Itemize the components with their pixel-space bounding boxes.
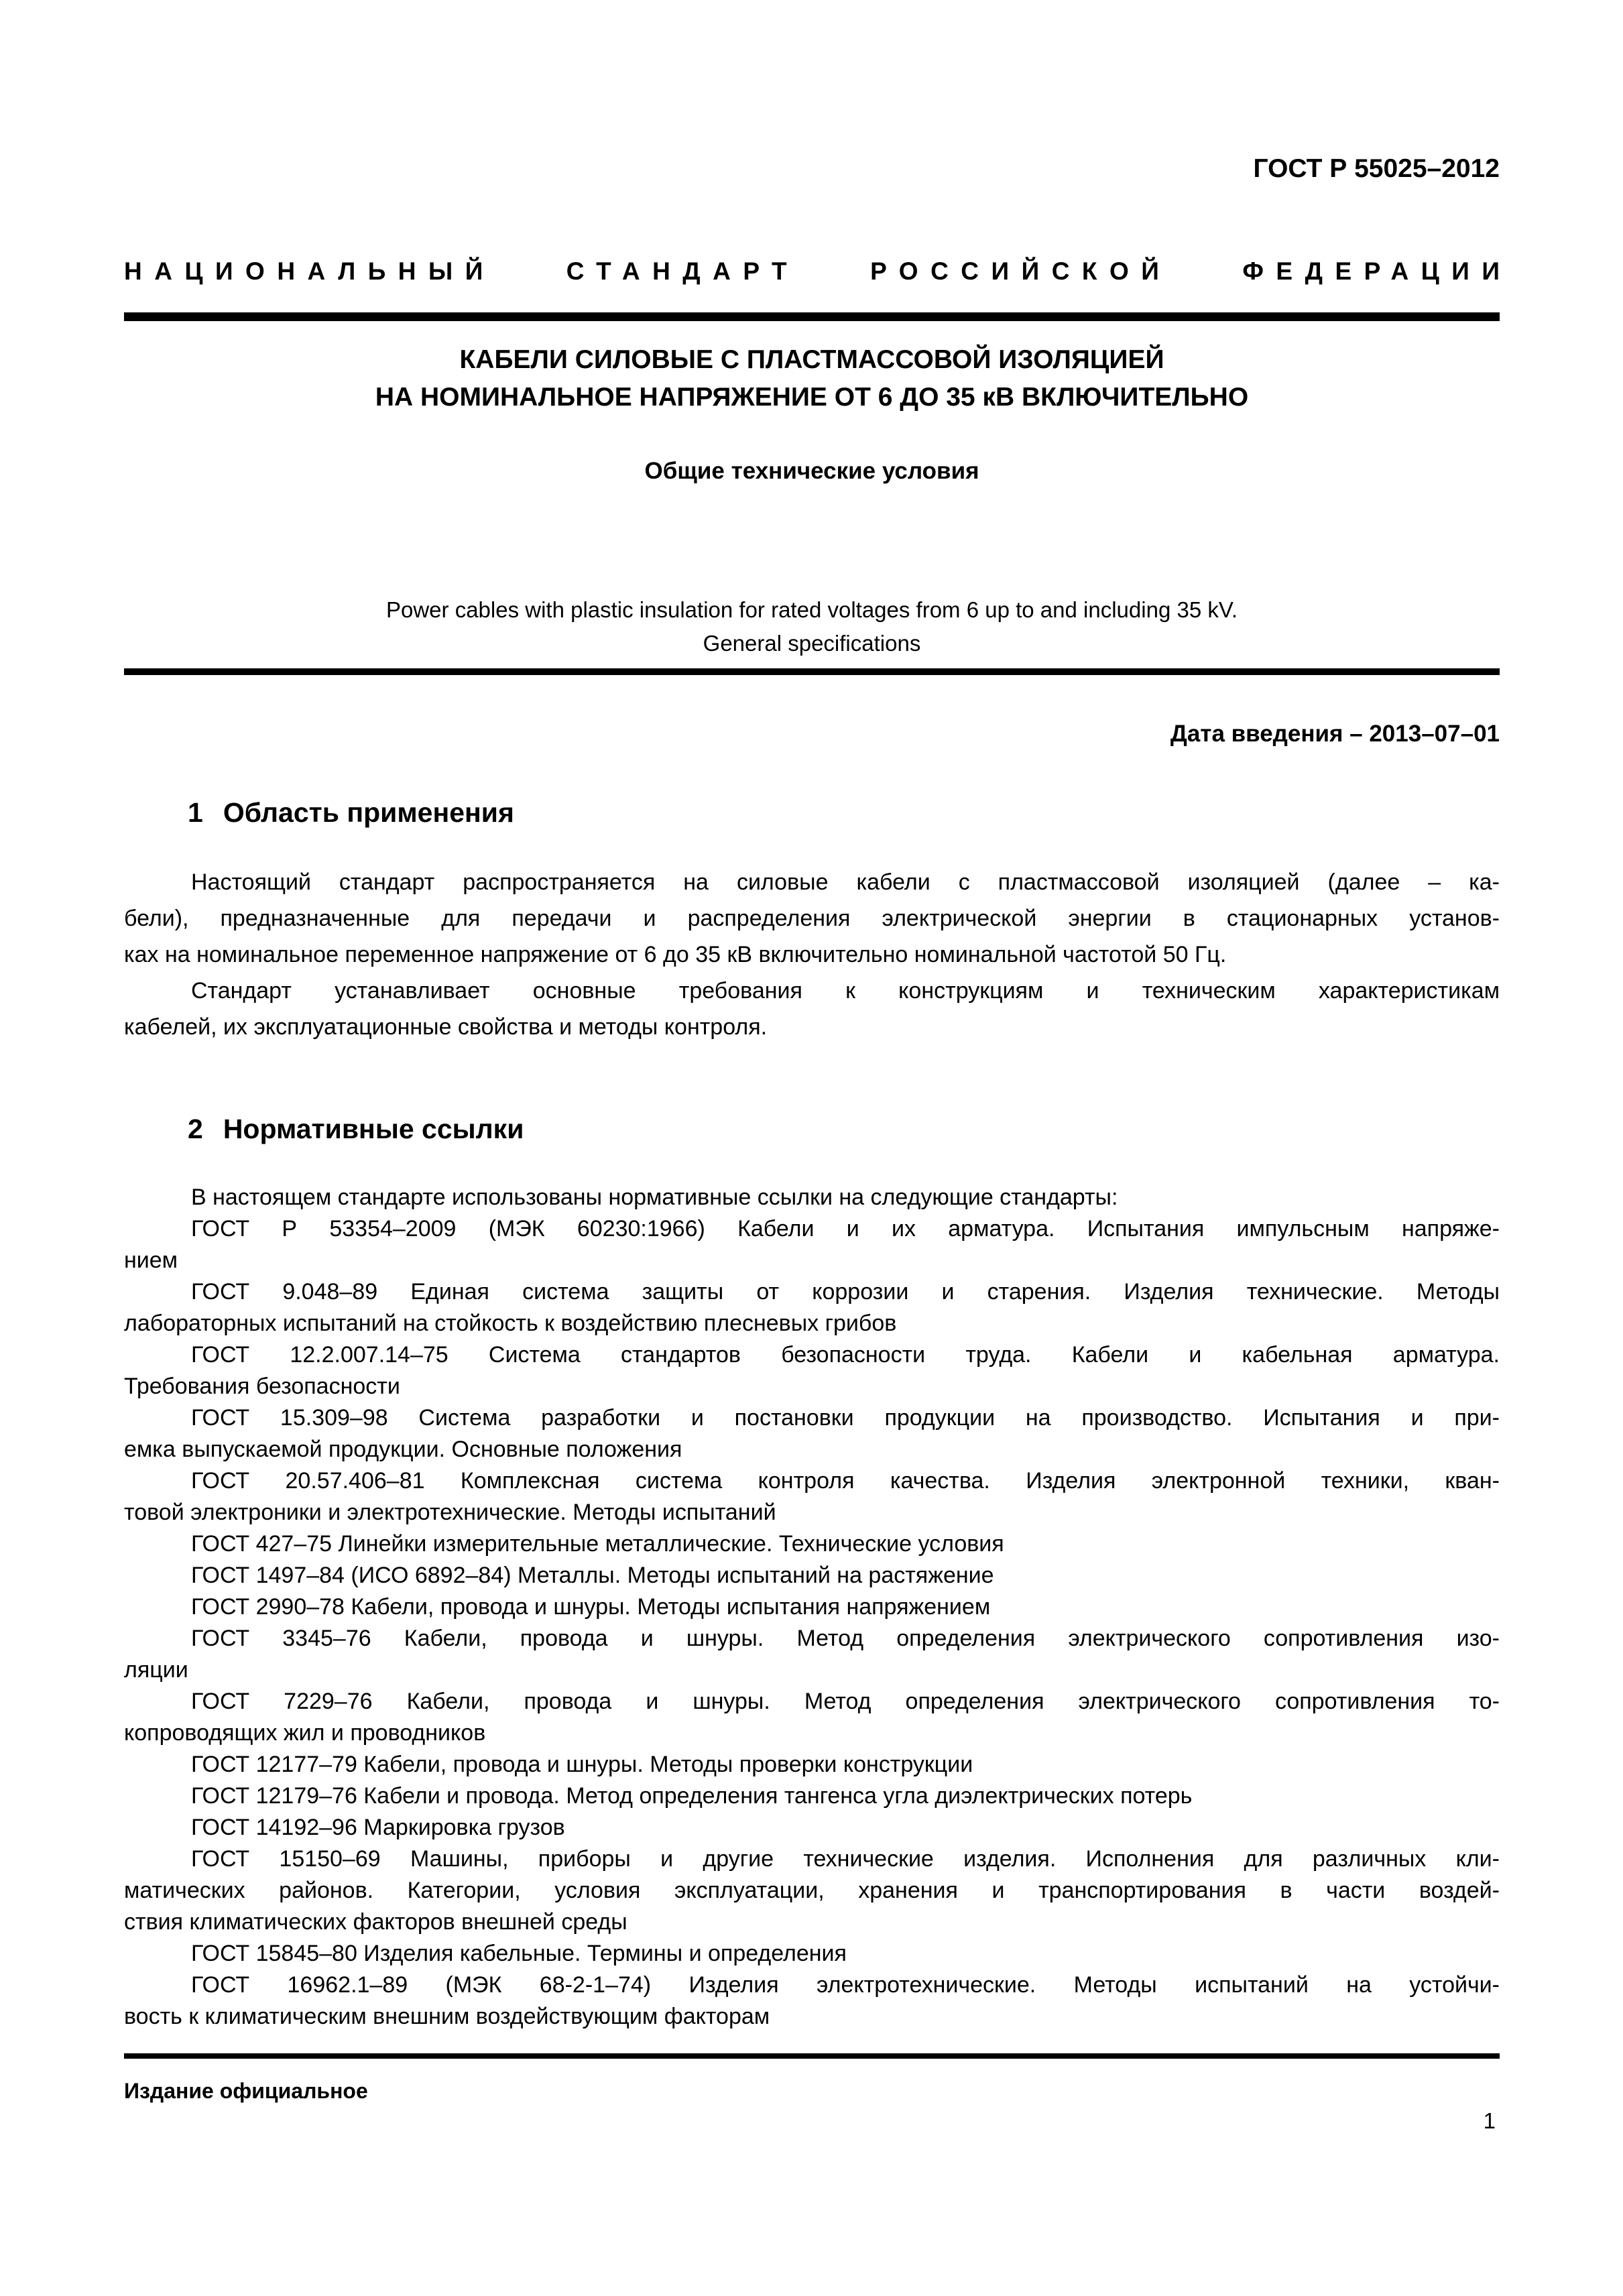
- paragraph: Стандарт устанавливает основные требован…: [124, 973, 1500, 1045]
- text-line: ГОСТ 15150–69 Машины, приборы и другие т…: [124, 1844, 1500, 1875]
- text-line: Требования безопасности: [124, 1371, 1500, 1402]
- document-subtitle: Общие технические условия: [124, 455, 1500, 487]
- text-line: ках на номинальное переменное напряжение…: [124, 936, 1500, 973]
- text-line: бели), предназначенные для передачи и ра…: [124, 900, 1500, 936]
- text-line: ляции: [124, 1654, 1500, 1686]
- paragraph: В настоящем стандарте использованы норма…: [124, 1182, 1500, 1213]
- section-heading-label: Нормативные ссылки: [223, 1113, 524, 1144]
- text-line: ГОСТ 12179–76 Кабели и провода. Метод оп…: [124, 1780, 1500, 1812]
- paragraph: ГОСТ 15.309–98 Система разработки и пост…: [124, 1402, 1500, 1465]
- text-line: ГОСТ 16962.1–89 (МЭК 68-2-1–74) Изделия …: [124, 1970, 1500, 2001]
- text-line: Стандарт устанавливает основные требован…: [124, 973, 1500, 1009]
- section-1-heading: 1Область применения: [124, 796, 1500, 829]
- document-title-english: Power cables with plastic insulation for…: [124, 593, 1500, 660]
- mid-divider-rule: [124, 668, 1500, 675]
- text-line: вость к климатическим внешним воздейству…: [124, 2001, 1500, 2033]
- text-line: ГОСТ 12177–79 Кабели, провода и шнуры. М…: [124, 1749, 1500, 1780]
- text-line: ГОСТ 427–75 Линейки измерительные металл…: [124, 1528, 1500, 1560]
- paragraph: ГОСТ 15150–69 Машины, приборы и другие т…: [124, 1844, 1500, 1938]
- paragraph: ГОСТ 1497–84 (ИСО 6892–84) Металлы. Мето…: [124, 1560, 1500, 1591]
- section-number: 1: [188, 797, 203, 828]
- document-title-line-1: КАБЕЛИ СИЛОВЫЕ С ПЛАСТМАССОВОЙ ИЗОЛЯЦИЕЙ: [124, 341, 1500, 379]
- sections: 1Область примененияНастоящий стандарт ра…: [124, 796, 1500, 2033]
- text-line: ГОСТ Р 53354–2009 (МЭК 60230:1966) Кабел…: [124, 1213, 1500, 1245]
- page-number: 1: [1484, 2107, 1496, 2135]
- section-2: 2Нормативные ссылкиВ настоящем стандарте…: [124, 1112, 1500, 2033]
- document-title-line-2: НА НОМИНАЛЬНОЕ НАПРЯЖЕНИЕ ОТ 6 ДО 35 кВ …: [124, 379, 1500, 416]
- paragraph: ГОСТ 12179–76 Кабели и провода. Метод оп…: [124, 1780, 1500, 1812]
- edition-note: Издание официальное: [124, 2077, 368, 2105]
- document-page: ГОСТ Р 55025–2012 НАЦИОНАЛЬНЫЙ СТАНДАРТ …: [0, 0, 1623, 2296]
- text-line: ГОСТ 3345–76 Кабели, провода и шнуры. Ме…: [124, 1623, 1500, 1654]
- text-line: кабелей, их эксплуатационные свойства и …: [124, 1009, 1500, 1045]
- text-line: нием: [124, 1245, 1500, 1276]
- paragraph: Настоящий стандарт распространяется на с…: [124, 864, 1500, 973]
- document-title: КАБЕЛИ СИЛОВЫЕ С ПЛАСТМАССОВОЙ ИЗОЛЯЦИЕЙ…: [124, 341, 1500, 416]
- top-divider-rule: [124, 312, 1500, 321]
- text-line: ГОСТ 9.048–89 Единая система защиты от к…: [124, 1276, 1500, 1308]
- text-line: ГОСТ 1497–84 (ИСО 6892–84) Металлы. Мето…: [124, 1560, 1500, 1591]
- footer-divider-rule: [124, 2053, 1500, 2059]
- section-heading-label: Область применения: [223, 797, 514, 828]
- paragraph: ГОСТ 12177–79 Кабели, провода и шнуры. М…: [124, 1749, 1500, 1780]
- text-line: лабораторных испытаний на стойкость к во…: [124, 1308, 1500, 1339]
- paragraph: ГОСТ 16962.1–89 (МЭК 68-2-1–74) Изделия …: [124, 1970, 1500, 2033]
- text-line: Настоящий стандарт распространяется на с…: [124, 864, 1500, 900]
- section-1: 1Область примененияНастоящий стандарт ра…: [124, 796, 1500, 1045]
- paragraph: ГОСТ 3345–76 Кабели, провода и шнуры. Ме…: [124, 1623, 1500, 1686]
- paragraph: ГОСТ 12.2.007.14–75 Система стандартов б…: [124, 1339, 1500, 1402]
- text-line: матических районов. Категории, условия э…: [124, 1875, 1500, 1907]
- paragraph: ГОСТ 7229–76 Кабели, провода и шнуры. Ме…: [124, 1686, 1500, 1749]
- text-line: ствия климатических факторов внешней сре…: [124, 1907, 1500, 1938]
- text-line: ГОСТ 2990–78 Кабели, провода и шнуры. Ме…: [124, 1591, 1500, 1623]
- effective-date: Дата введения – 2013–07–01: [124, 718, 1500, 750]
- paragraph: ГОСТ 14192–96 Маркировка грузов: [124, 1812, 1500, 1844]
- national-standard-line: НАЦИОНАЛЬНЫЙ СТАНДАРТ РОССИЙСКОЙ ФЕДЕРАЦ…: [124, 255, 1512, 288]
- text-line: ГОСТ 15845–80 Изделия кабельные. Термины…: [124, 1938, 1500, 1970]
- text-line: ГОСТ 15.309–98 Система разработки и пост…: [124, 1402, 1500, 1434]
- section-2-heading: 2Нормативные ссылки: [124, 1112, 1500, 1146]
- paragraph: ГОСТ 15845–80 Изделия кабельные. Термины…: [124, 1938, 1500, 1970]
- text-line: ГОСТ 20.57.406–81 Комплексная система ко…: [124, 1465, 1500, 1497]
- text-line: емка выпускаемой продукции. Основные пол…: [124, 1434, 1500, 1465]
- doc-code: ГОСТ Р 55025–2012: [124, 150, 1500, 188]
- paragraph: ГОСТ 9.048–89 Единая система защиты от к…: [124, 1276, 1500, 1339]
- document-title-english-line-1: Power cables with plastic insulation for…: [124, 593, 1500, 627]
- text-line: ГОСТ 14192–96 Маркировка грузов: [124, 1812, 1500, 1844]
- text-line: ГОСТ 7229–76 Кабели, провода и шнуры. Ме…: [124, 1686, 1500, 1717]
- document-title-english-line-2: General specifications: [124, 627, 1500, 660]
- paragraph: ГОСТ 2990–78 Кабели, провода и шнуры. Ме…: [124, 1591, 1500, 1623]
- text-line: В настоящем стандарте использованы норма…: [124, 1182, 1500, 1213]
- paragraph: ГОСТ Р 53354–2009 (МЭК 60230:1966) Кабел…: [124, 1213, 1500, 1276]
- text-line: ГОСТ 12.2.007.14–75 Система стандартов б…: [124, 1339, 1500, 1371]
- text-line: товой электроники и электротехнические. …: [124, 1497, 1500, 1528]
- text-line: копроводящих жил и проводников: [124, 1717, 1500, 1749]
- paragraph: ГОСТ 427–75 Линейки измерительные металл…: [124, 1528, 1500, 1560]
- section-number: 2: [188, 1113, 203, 1144]
- paragraph: ГОСТ 20.57.406–81 Комплексная система ко…: [124, 1465, 1500, 1528]
